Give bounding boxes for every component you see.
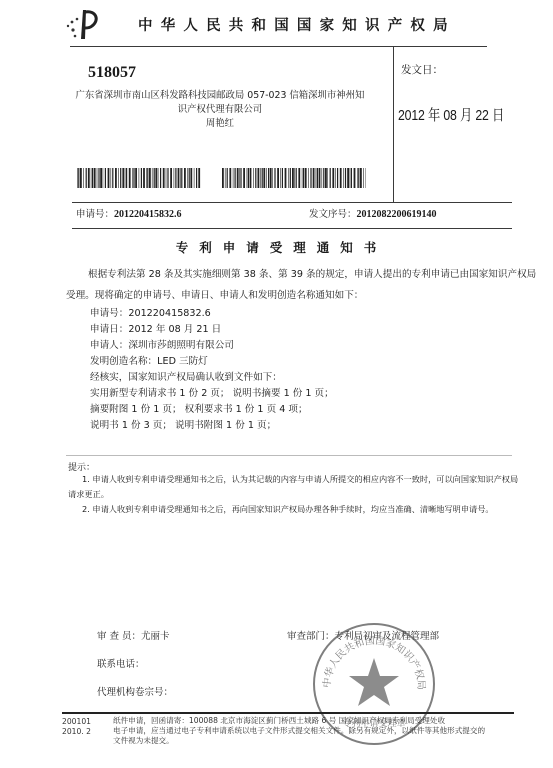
header-divider [70,46,487,47]
field-label: 经核实，国家知识产权局确认收到文件如下： [90,372,282,383]
received-file-line: 说明书 1 份 3 页； 说明书附图 1 份 1 页； [90,417,276,431]
note-1-continued: 请求更正。 [68,489,109,500]
issue-date: 2012 年 08 月 22 日 [398,104,504,125]
examiner-label: 审 查 员： [97,631,141,642]
field-label: 申请日： [90,324,128,335]
barcode-2 [222,168,366,188]
postal-code: 518057 [88,64,136,82]
date-column-divider [393,46,394,202]
address-line-2: 识产权代理有限公司 [60,103,380,116]
field-filing-date: 申请日：2012 年 08 月 21 日 [90,321,221,335]
footer-line-1: 纸件申请，回函请寄：100088 北京市海淀区蓟门桥西土城路 6 号 国家知识产… [113,716,445,726]
footer-line-2: 电子申请，应当通过电子专利申请系统以电子文件形式提交相关文件。除另有规定外，以纸… [113,726,485,736]
field-value: LED 三防灯 [157,356,208,367]
issue-date-label: 发文日： [401,62,443,77]
note-1: 1. 申请人收到专利申请受理通知书之后，认为其记载的内容与申请人所提交的相应内容… [82,474,518,485]
application-number-row: 申请号：201220415832.6 [76,206,182,220]
field-invention-name: 发明创造名称：LED 三防灯 [90,353,208,367]
meta-divider [72,228,512,229]
serial-number-row: 发文序号：2012082200619140 [309,206,437,220]
document-title: 专利申请受理通知书 [0,238,553,256]
serial-number-label: 发文序号： [309,209,357,220]
examiner-name: 尤丽卡 [141,631,170,642]
received-file-line: 实用新型专利请求书 1 份 2 页； 说明书摘要 1 份 1 页； [90,385,334,399]
footer-line-3: 文件视为未提交。 [113,736,174,746]
received-file-line: 摘要附图 1 份 1 页； 权利要求书 1 份 1 页 4 项； [90,401,308,415]
field-value: 2012 年 08 月 21 日 [128,324,221,335]
application-number: 201220415832.6 [114,209,182,220]
notes-divider [66,455,512,456]
barcode-divider [72,202,512,203]
intro-line-1: 根据专利法第 28 条及其实施细则第 38 条、第 39 条的规定，申请人提出的… [88,266,536,280]
field-received-intro: 经核实，国家知识产权局确认收到文件如下： [90,369,282,383]
application-number-label: 申请号： [76,209,114,220]
phone-label: 联系电话： [97,656,145,670]
form-code: 200101 [62,717,91,726]
address-line-1: 广东省深圳市南山区科发路科技园邮政局 057-023 信箱深圳市神州知 [55,89,385,102]
cnipa-logo-icon [64,6,104,40]
notes-title: 提示： [68,460,95,473]
field-label: 申请号： [90,308,128,319]
intro-line-2: 受理。现将确定的申请号、申请日、申请人和发明创造名称通知如下： [66,287,363,301]
field-label: 申请人： [90,340,128,351]
address-line-3: 周艳红 [60,117,380,130]
examiner-row: 审 查 员：尤丽卡 [97,628,170,642]
footer-divider [62,712,514,714]
serial-number: 2012082200619140 [357,209,437,220]
field-label: 发明创造名称： [90,356,157,367]
field-value: 深圳市莎朗照明有限公司 [128,340,234,351]
field-applicant: 申请人：深圳市莎朗照明有限公司 [90,337,234,351]
field-application-number: 申请号：201220415832.6 [90,305,211,319]
agency-file-label: 代理机构卷宗号： [97,684,173,698]
field-value: 201220415832.6 [128,308,210,319]
note-2: 2. 申请人收到专利申请受理通知书之后，再向国家知识产权局办理各种手续时，均应当… [82,504,494,515]
org-name: 中华人民共和国国家知识产权局 [138,14,456,35]
form-version: 2010. 2 [62,727,91,736]
barcode-1 [77,168,201,188]
